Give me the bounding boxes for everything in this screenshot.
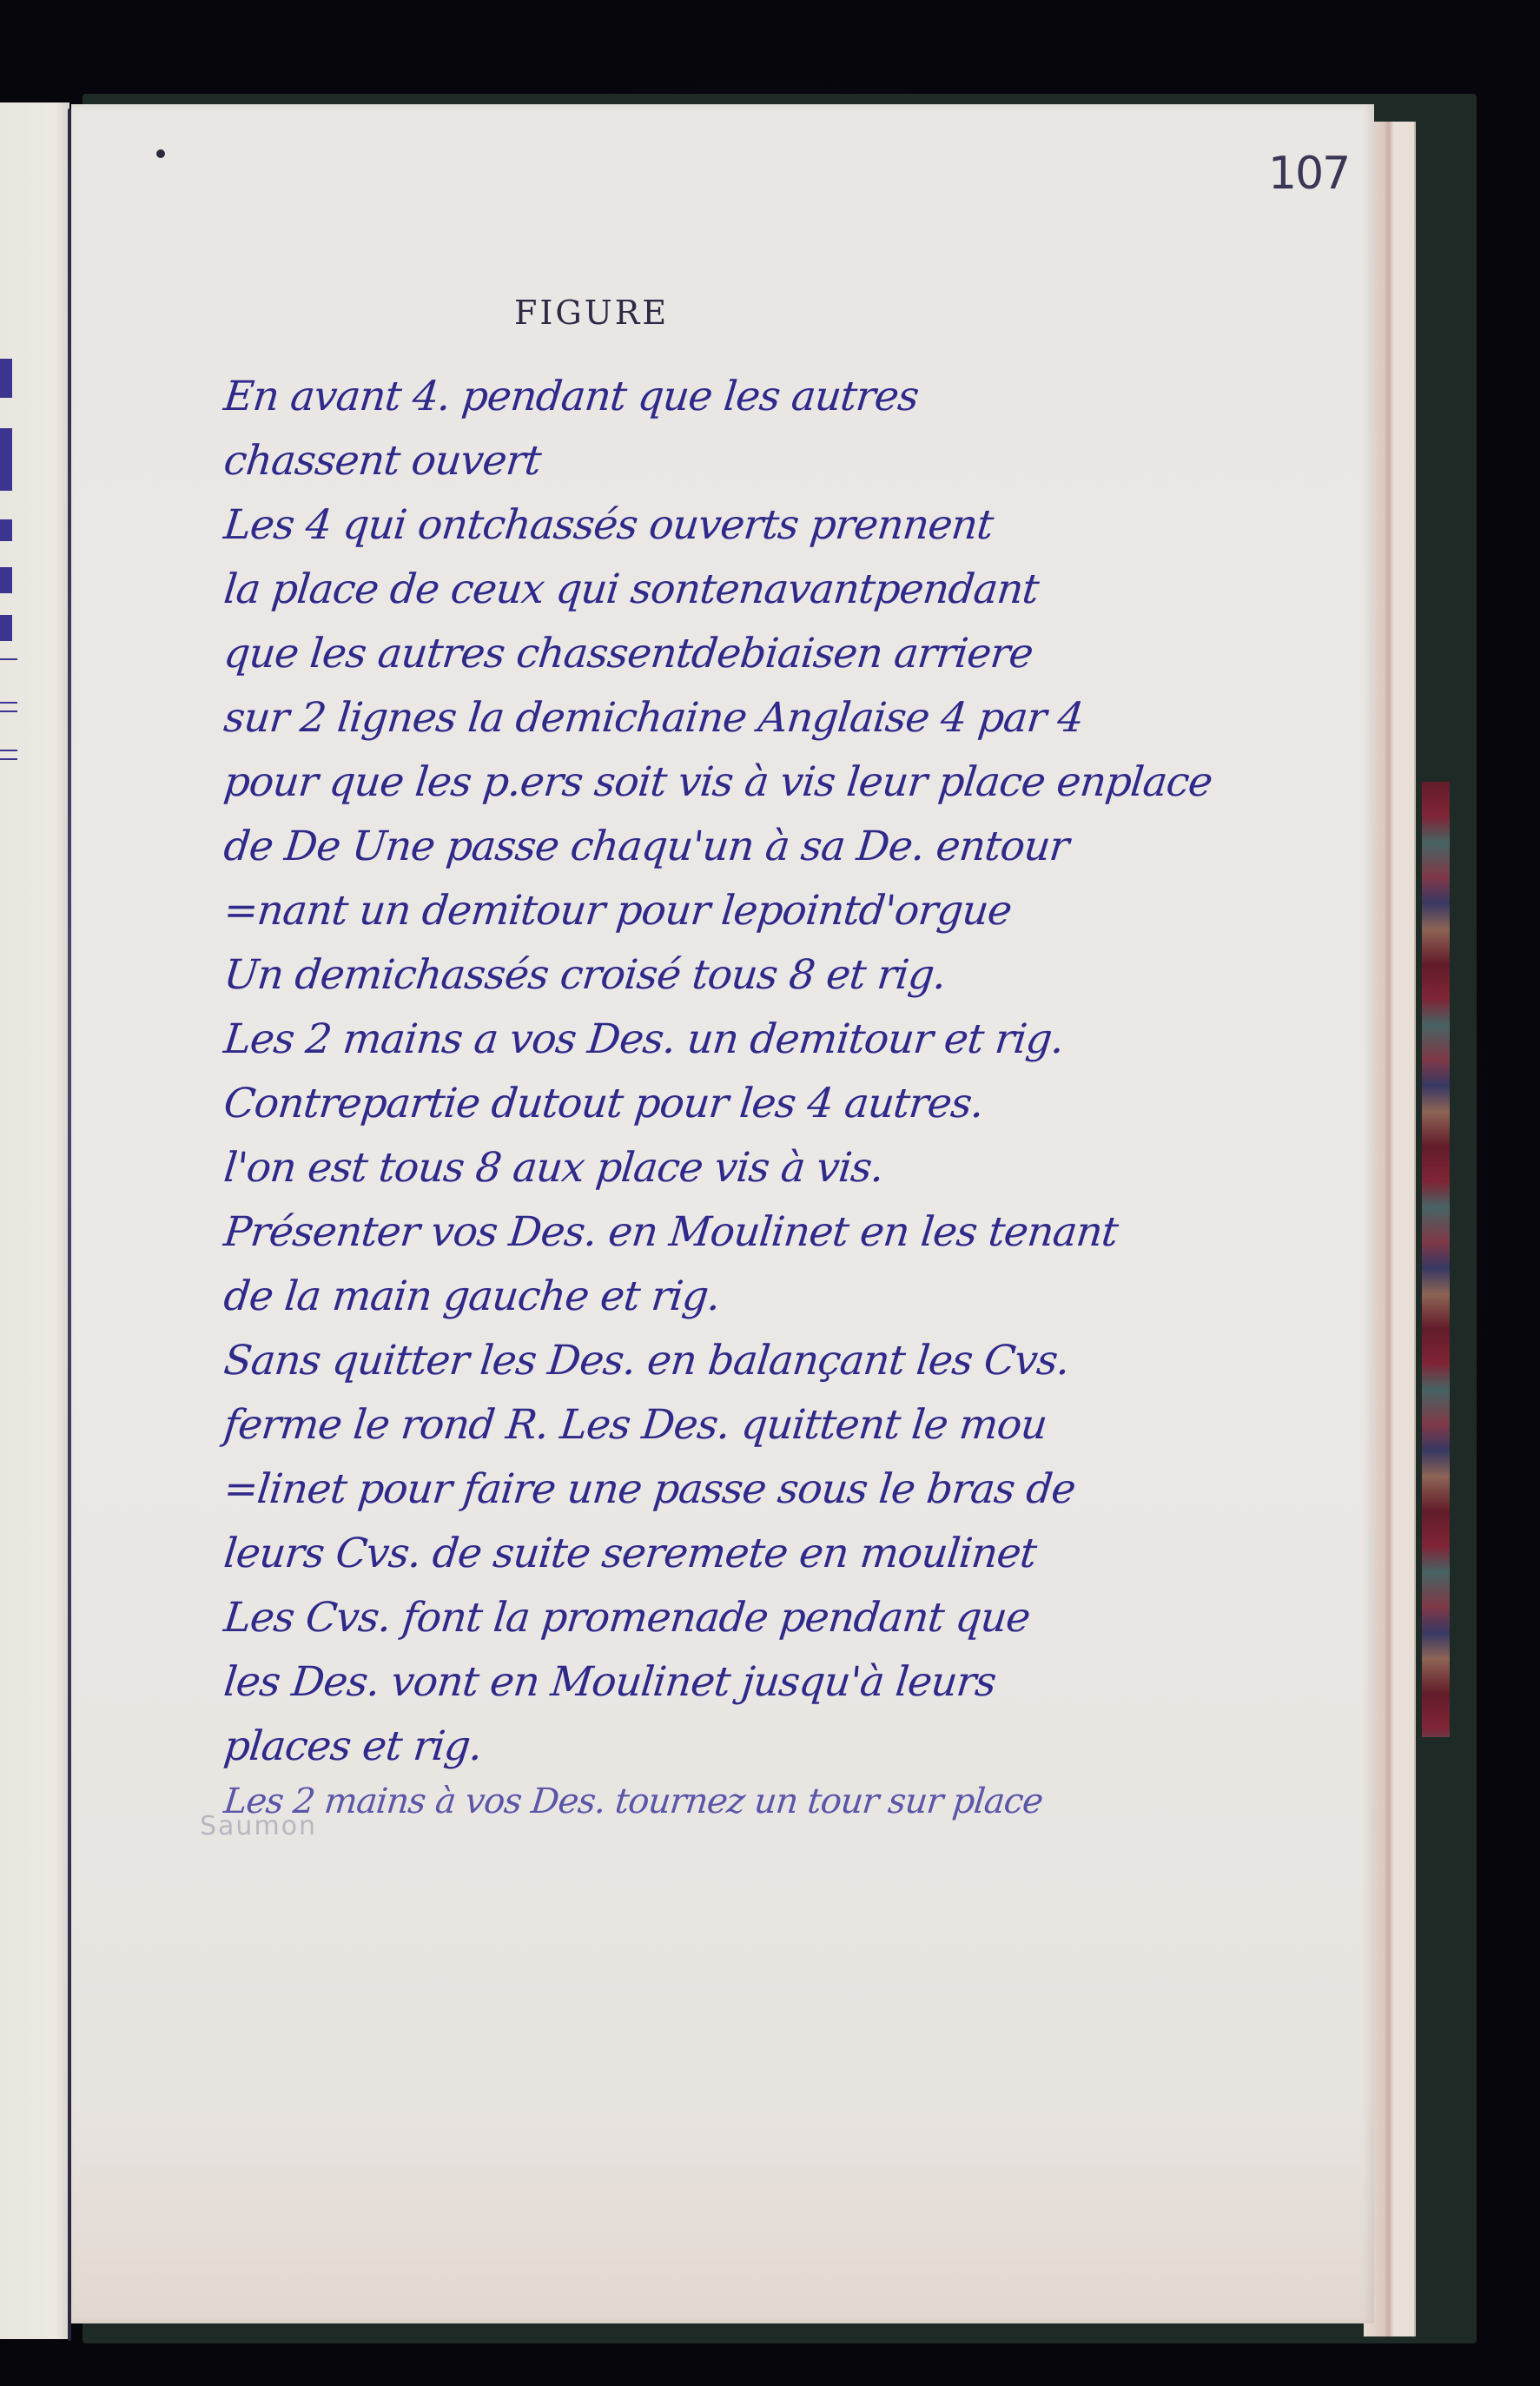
text-line: Sans quitter les Des. en balançant les C… — [221, 1329, 1252, 1393]
text-fragment — [0, 428, 12, 472]
text-fragment — [0, 615, 12, 641]
text-fragment — [0, 359, 12, 398]
text-line: que les autres chassentdebiaisen arriere — [221, 622, 1252, 686]
text-line: En avant 4. pendant que les autres — [221, 365, 1252, 429]
text-line: =linet pour faire une passe sous le bras… — [221, 1457, 1252, 1522]
text-line: places et rig. — [221, 1715, 1252, 1779]
faint-stamp: Saumon — [200, 1811, 317, 1841]
text-line: chassent ouvert — [221, 429, 1252, 493]
text-line: les Des. vont en Moulinet jusqu'à leurs — [221, 1650, 1252, 1715]
text-line: Contrepartie dutout pour les 4 autres. — [221, 1072, 1252, 1136]
printed-heading: FIGURE — [514, 294, 669, 332]
ink-spot — [156, 149, 165, 158]
page-number: 107 — [1268, 148, 1349, 200]
text-line: Les 4 qui ontchassés ouverts prennent — [221, 493, 1252, 558]
text-line: sur 2 lignes la demichaine Anglaise 4 pa… — [221, 686, 1252, 750]
text-line: pour que les p.ers soit vis à vis leur p… — [221, 750, 1252, 815]
text-fragment — [0, 758, 17, 760]
book-photo: 107 FIGURE En avant 4. pendant que les a… — [0, 0, 1540, 2386]
text-fragment — [0, 519, 12, 541]
text-line: la place de ceux qui sontenavantpendant — [221, 558, 1252, 622]
text-fragment — [0, 472, 12, 491]
handwritten-text: En avant 4. pendant que les autres chass… — [224, 365, 1249, 1824]
marbled-endpaper — [1422, 782, 1450, 1737]
text-line: de la main gauche et rig. — [221, 1265, 1252, 1329]
text-line: Les 2 mains à vos Des. tournez un tour s… — [221, 1779, 1251, 1824]
text-fragment — [0, 750, 17, 751]
text-line: Présenter vos Des. en Moulinet en les te… — [221, 1200, 1252, 1265]
left-facing-page — [0, 102, 69, 2339]
text-line: Les Cvs. font la promenade pendant que — [221, 1586, 1252, 1650]
text-line: =nant un demitour pour lepointd'orgue — [221, 879, 1252, 943]
text-line: ferme le rond R. Les Des. quittent le mo… — [221, 1393, 1252, 1457]
text-fragment — [0, 658, 17, 660]
text-line: leurs Cvs. de suite seremete en moulinet — [221, 1522, 1252, 1586]
text-line: de De Une passe chaqu'un à sa De. entour — [221, 815, 1252, 879]
text-fragment — [0, 702, 17, 704]
text-line: Un demichassés croisé tous 8 et rig. — [221, 943, 1252, 1008]
text-fragment — [0, 711, 17, 712]
text-line: l'on est tous 8 aux place vis à vis. — [221, 1136, 1252, 1200]
left-page-text-fragments — [0, 102, 21, 2339]
text-line: Les 2 mains a vos Des. un demitour et ri… — [221, 1008, 1252, 1072]
text-fragment — [0, 567, 12, 593]
